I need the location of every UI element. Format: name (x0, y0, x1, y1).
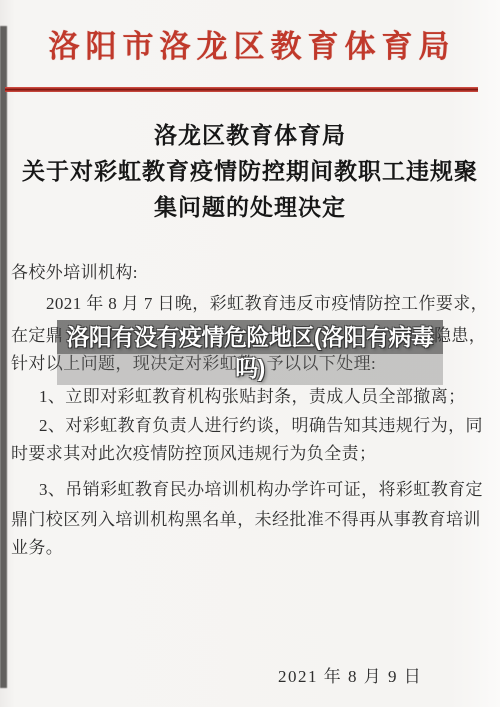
watermark-overlay: 洛阳有没有疫情危险地区(洛阳有病毒 吗) (57, 320, 443, 385)
list-item-2-line-2: 时要求其对此次疫情防控顶风违规行为负全责； (11, 443, 376, 465)
doc-title-line-3: 集问题的处理决定 (0, 190, 500, 226)
body-fragment-left: 在定鼎 (11, 326, 63, 345)
agency-header-title: 洛阳市洛龙区教育体育局 (0, 27, 500, 67)
document-title: 洛龙区教育体育局 关于对彩虹教育疫情防控期间教职工违规聚 集问题的处理决定 (0, 118, 500, 226)
document-page: 洛阳市洛龙区教育体育局 洛龙区教育体育局 关于对彩虹教育疫情防控期间教职工违规聚… (0, 0, 500, 707)
list-item-3-line-1: 3、吊销彩虹教育民办培训机构办学许可证，将彩虹教育定 (39, 479, 483, 501)
list-item-2-line-1: 2、对彩虹教育负责人进行约谈，明确告知其违规行为，同 (39, 415, 483, 437)
body-line-covered: 在定鼎 隐患， (11, 325, 63, 347)
body-line-incident: 2021 年 8 月 7 日晚，彩虹教育违反市疫情防控工作要求， (46, 293, 488, 315)
list-item-1: 1、立即对彩虹教育机构张贴封条，责成人员全部撤离； (39, 386, 466, 408)
header-red-rule (5, 87, 478, 92)
salutation: 各校外培训机构: (11, 262, 138, 284)
doc-title-line-2: 关于对彩虹教育疫情防控期间教职工违规聚 (0, 154, 500, 190)
list-item-3-line-3: 业务。 (11, 537, 63, 559)
watermark-text-line-1: 洛阳有没有疫情危险地区(洛阳有病毒 (66, 322, 433, 353)
watermark-text-line-2: 吗) (235, 353, 265, 384)
doc-title-line-1: 洛龙区教育体育局 (0, 118, 500, 154)
issue-date: 2021 年 8 月 9 日 (278, 662, 422, 687)
list-item-3-line-2: 鼎门校区列入培训机构黑名单，未经批准不得再从事教育培训 (11, 509, 481, 531)
